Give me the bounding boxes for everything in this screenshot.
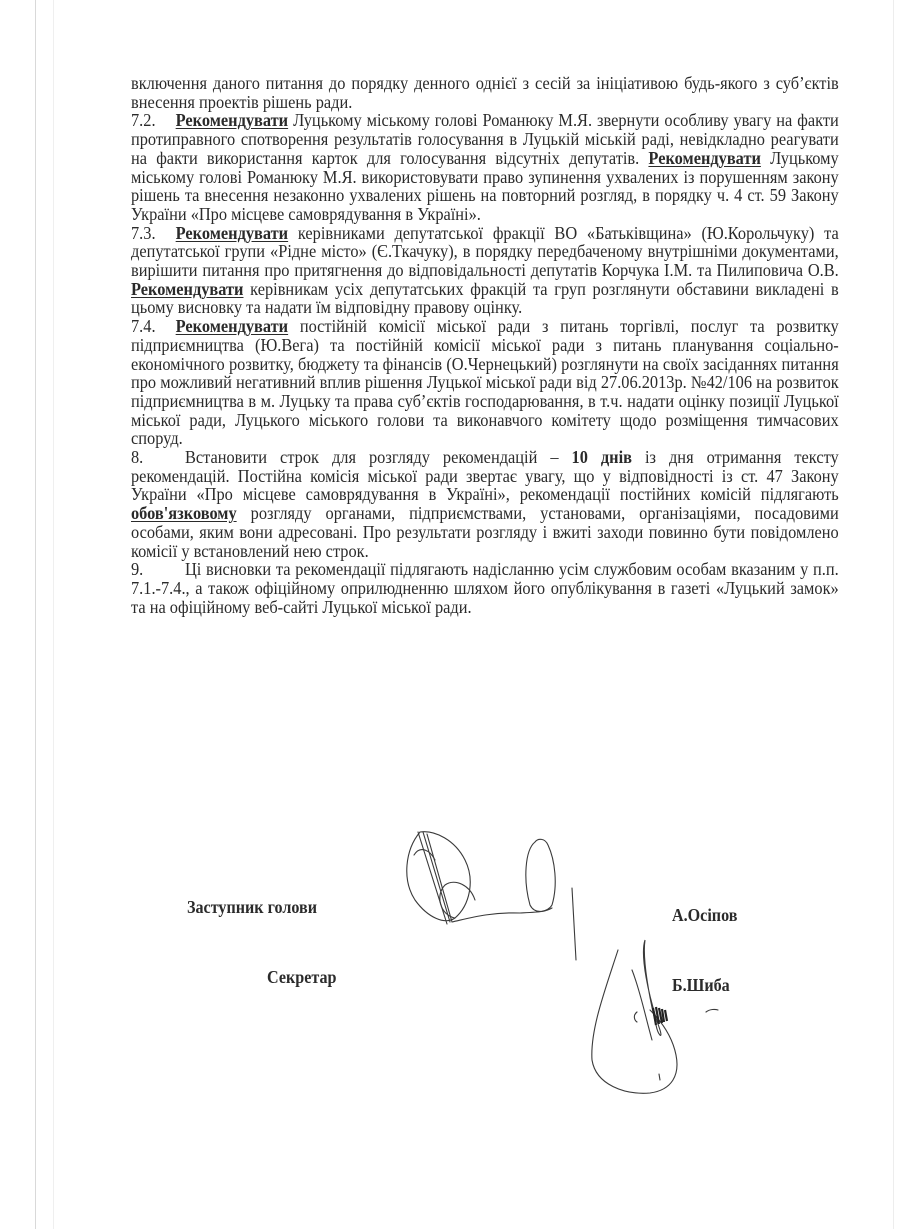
item-text: Ці висновки та рекомендації підлягають н… <box>131 559 839 616</box>
recommend-keyword: Рекомендувати <box>131 279 243 299</box>
item-number: 7.3. <box>131 224 176 243</box>
item-7-3: 7.3.Рекомендувати керівниками депутатськ… <box>131 224 839 318</box>
deadline-bold: 10 днів <box>572 447 632 467</box>
secretary-title: Секретар <box>267 967 336 988</box>
recommend-keyword: Рекомендувати <box>176 110 288 130</box>
recommend-keyword: Рекомендувати <box>176 223 288 243</box>
scan-artifact-line <box>35 0 36 1229</box>
item-7-2: 7.2.Рекомендувати Луцькому міському голо… <box>131 111 839 223</box>
item-number: 8. <box>131 448 185 467</box>
continuation-paragraph: включення даного питання до порядку денн… <box>131 74 839 111</box>
item-text: постійній комісії міської ради з питань … <box>131 316 839 448</box>
item-text: розгляду органами, підприємствами, устан… <box>131 503 839 560</box>
item-8: 8.Встановити строк для розгляду рекоменд… <box>131 448 839 560</box>
document-body: включення даного питання до порядку денн… <box>131 74 789 616</box>
secretary-name: Б.Шиба <box>672 975 730 996</box>
scan-artifact-line <box>893 0 894 1229</box>
item-text: Встановити строк для розгляду рекомендац… <box>185 447 572 467</box>
deputy-name: А.Осіпов <box>672 905 737 926</box>
item-number: 7.4. <box>131 317 176 336</box>
item-number: 9. <box>131 560 185 579</box>
scan-artifact-line <box>53 0 54 1229</box>
recommend-keyword: Рекомендувати <box>648 148 760 168</box>
item-number: 7.2. <box>131 111 176 130</box>
item-7-4: 7.4.Рекомендувати постійній комісії місь… <box>131 317 839 448</box>
deputy-title: Заступник голови <box>187 897 317 918</box>
item-9: 9.Ці висновки та рекомендації підлягають… <box>131 560 839 616</box>
mandatory-keyword: обов'язковому <box>131 503 237 523</box>
recommend-keyword: Рекомендувати <box>176 316 288 336</box>
